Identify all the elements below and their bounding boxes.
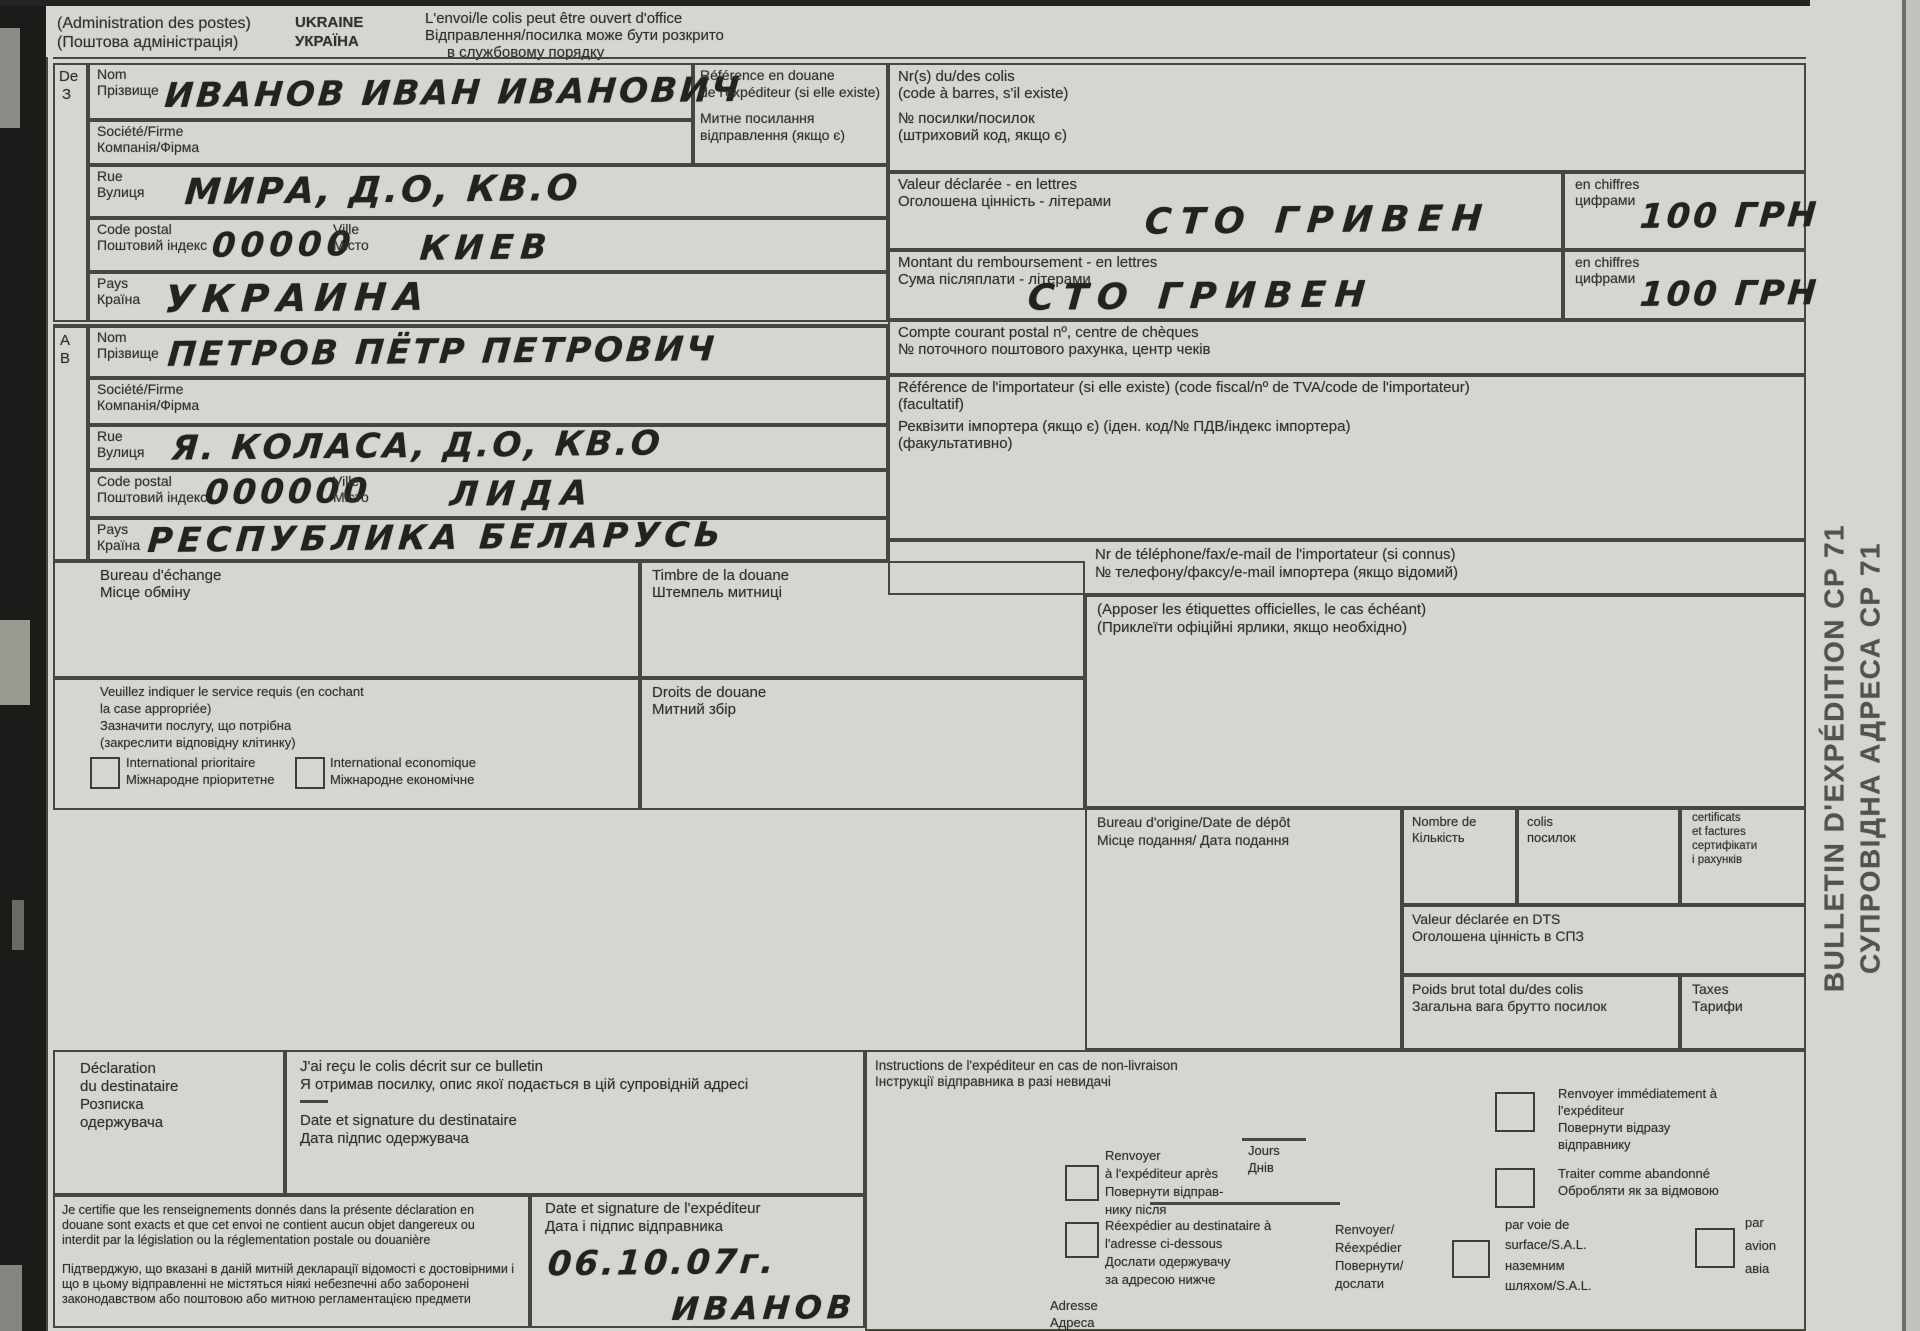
- certificates-line2: et factures: [1692, 826, 1746, 840]
- return-after-line3: Повернути відправ-: [1105, 1184, 1223, 1200]
- checkbox-international-economy[interactable]: [295, 757, 325, 789]
- official-labels-note-fr: (Apposer les étiquettes officielles, le …: [1097, 601, 1426, 619]
- sender-marker-fr: De: [59, 68, 78, 86]
- parcels-label-fr: colis: [1527, 814, 1553, 830]
- checkbox-return-immediately[interactable]: [1495, 1092, 1535, 1132]
- sender-postcode-label-fr: Code postal: [97, 221, 172, 238]
- addressee-company-label-ua: Компанія/Фірма: [97, 397, 199, 414]
- return-redirect-line1: Renvoyer/: [1335, 1222, 1394, 1238]
- customs-ref-line2: de l'expéditeur (si elle existe): [700, 84, 880, 101]
- customs-stamp-label-fr: Timbre de la douane: [652, 567, 789, 585]
- sender-country-value: УКРАИНА: [163, 275, 433, 322]
- addressee-name-label-fr: Nom: [97, 329, 127, 346]
- sender-country-label-ua: Країна: [97, 291, 140, 308]
- international-economy-label-ua: Міжнародне економічне: [330, 772, 474, 788]
- redirect-line4: за адресою нижче: [1105, 1272, 1215, 1288]
- taxes-label-fr: Taxes: [1692, 981, 1729, 998]
- checkbox-surface-sal[interactable]: [1452, 1240, 1490, 1278]
- service-required-line3: Зазначити послугу, що потрібна: [100, 718, 291, 734]
- addressee-country-label-fr: Pays: [97, 521, 128, 538]
- scan-blotch: [12, 900, 24, 950]
- addressee-marker-cell: [53, 326, 88, 561]
- form-title-fr: BULLETIN D'EXPÉDITION CP 71: [1817, 431, 1853, 1086]
- importer-ref-line2: (facultatif): [898, 396, 964, 414]
- service-required-line4: (закреслити відповідну клітинку): [100, 735, 296, 751]
- postal-admin-label-fr: (Administration des postes): [57, 14, 251, 33]
- gross-weight-label-fr: Poids brut total du/des colis: [1412, 981, 1583, 998]
- scan-blotch: [0, 1265, 22, 1331]
- checkbox-redirect-address[interactable]: [1065, 1222, 1099, 1258]
- sender-name-value: ИВАНОВ ИВАН ИВАНОВИЧ: [163, 70, 743, 116]
- cod-figures-label-fr: en chiffres: [1575, 254, 1639, 271]
- sender-city-label-fr: Ville: [333, 221, 359, 238]
- form-title-ua: СУПРОВІДНА АДРЕСА СР 71: [1853, 431, 1889, 1086]
- certification-text-fr: Je certifie que les renseignements donné…: [62, 1203, 514, 1248]
- checkbox-air[interactable]: [1695, 1228, 1735, 1268]
- country-name-fr: UKRAINE: [295, 14, 363, 32]
- postal-account-label-ua: № поточного поштового рахунка, центр чек…: [898, 341, 1211, 359]
- nondelivery-title-fr: Instructions de l'expéditeur en cas de n…: [875, 1058, 1178, 1074]
- customs-ref-line3: Митне посилання: [700, 110, 815, 127]
- declared-value-words: СТО ГРИВЕН: [1143, 198, 1492, 243]
- return-after-line2: à l'expéditeur après: [1105, 1166, 1218, 1182]
- opening-notice-fr: L'envoi/le colis peut être ouvert d'offi…: [425, 10, 682, 28]
- international-economy-label-fr: International economique: [330, 755, 476, 771]
- certificates-line3: сертифікати: [1692, 840, 1757, 854]
- addressee-postcode-label-fr: Code postal: [97, 473, 172, 490]
- certificates-line4: і рахунків: [1692, 854, 1742, 868]
- surface-sal-line3: наземним: [1505, 1258, 1565, 1274]
- importer-ref-line3: Реквізити імпортера (якщо є) (іден. код/…: [898, 418, 1350, 436]
- days-label-fr: Jours: [1248, 1143, 1280, 1159]
- air-line2: avion: [1745, 1238, 1776, 1254]
- return-immediately-line4: відправнику: [1558, 1137, 1631, 1153]
- sender-signature-value: ИВАНОВ: [670, 1288, 857, 1328]
- scan-top-edge: [0, 0, 1810, 6]
- redirect-line1: Réexpédier au destinataire à: [1105, 1218, 1271, 1234]
- parcel-count-label-fr: Nombre de: [1412, 814, 1476, 830]
- parcel-number-line3: № посилки/посилок: [898, 110, 1035, 128]
- cp71-dispatch-note-scan: (Administration des postes) (Поштова адм…: [0, 0, 1920, 1331]
- postal-account-label-fr: Compte courant postal nº, centre de chèq…: [898, 324, 1199, 342]
- form-side-title: BULLETIN D'EXPÉDITION CP 71 СУПРОВІДНА А…: [1817, 431, 1889, 1086]
- cod-words: СТО ГРИВЕН: [1026, 274, 1375, 319]
- certificates-line1: certificats: [1692, 812, 1741, 826]
- parcel-number-line4: (штриховий код, якщо є): [898, 127, 1067, 145]
- sdr-value-label-fr: Valeur déclarée en DTS: [1412, 911, 1560, 928]
- origin-office-label-fr: Bureau d'origine/Date de dépôt: [1097, 814, 1290, 831]
- customs-ref-line1: Référence en douane: [700, 67, 835, 84]
- cod-figures-label-ua: цифрами: [1575, 270, 1635, 287]
- surface-sal-line1: par voie de: [1505, 1217, 1569, 1233]
- sender-date-signature-label-ua: Дата і підпис відправника: [545, 1218, 723, 1236]
- address-label-fr: Adresse: [1050, 1298, 1098, 1314]
- sender-date-signature-label-fr: Date et signature de l'expéditeur: [545, 1200, 761, 1218]
- addressee-marker-ua: B: [60, 350, 70, 368]
- left-rule: [46, 57, 48, 1331]
- exchange-office-label-fr: Bureau d'échange: [100, 567, 221, 585]
- return-redirect-line4: дослати: [1335, 1276, 1384, 1292]
- importer-ref-line1: Référence de l'importateur (si elle exis…: [898, 379, 1470, 397]
- days-entry-line: [1150, 1202, 1340, 1205]
- recipient-declaration-line1: Déclaration: [80, 1060, 156, 1078]
- addressee-city-value: ЛИДА: [448, 473, 597, 515]
- addressee-company-cell: [88, 378, 888, 425]
- importer-contact-label-ua: № телефону/факсу/e-mail імпортера (якщо …: [1095, 564, 1458, 582]
- addressee-company-label-fr: Société/Firme: [97, 381, 183, 398]
- sender-city-label-ua: Місто: [333, 237, 369, 254]
- addressee-name-label-ua: Прізвище: [97, 345, 159, 362]
- customs-duty-label-fr: Droits de douane: [652, 684, 766, 702]
- parcel-number-line1: Nr(s) du/des colis: [898, 68, 1015, 86]
- return-immediately-line3: Повернути відразу: [1558, 1120, 1670, 1136]
- checkbox-return-after-days[interactable]: [1065, 1165, 1099, 1201]
- days-box-top-line: [1242, 1138, 1306, 1141]
- sender-street-label-ua: Вулиця: [97, 184, 144, 201]
- recipient-declaration-line3: Розписка: [80, 1096, 144, 1114]
- certification-text-ua: Підтверджую, що вказані в даній митній д…: [62, 1262, 520, 1307]
- top-rule: [53, 57, 1806, 59]
- cod-figures: 100 ГРН: [1638, 273, 1820, 315]
- declared-value-figures: 100 ГРН: [1638, 195, 1820, 237]
- redirect-line2: l'adresse ci-dessous: [1105, 1236, 1222, 1252]
- figures-label-fr: en chiffres: [1575, 176, 1639, 193]
- parcel-number-line2: (code à barres, s'il existe): [898, 85, 1068, 103]
- addressee-name-value: ПЕТРОВ ПЁТР ПЕТРОВИЧ: [166, 329, 718, 375]
- checkbox-international-priority[interactable]: [90, 757, 120, 789]
- addressee-city-label-ua: Місто: [333, 489, 369, 506]
- recipient-declaration-line4: одержувача: [80, 1114, 163, 1132]
- customs-ref-line4: відправлення (якщо є): [700, 127, 845, 144]
- return-immediately-line1: Renvoyer immédiatement à: [1558, 1086, 1717, 1102]
- redirect-line3: Дослати одержувачу: [1105, 1254, 1230, 1270]
- recipient-declaration-line2: du destinataire: [80, 1078, 178, 1096]
- opening-notice-ua2: в службовому порядку: [447, 44, 604, 62]
- sender-date-value: 06.10.07г.: [546, 1242, 778, 1284]
- surface-sal-line4: шляхом/S.A.L.: [1505, 1278, 1592, 1294]
- declared-value-label-ua: Оголошена цінність - літерами: [898, 193, 1111, 211]
- importer-reference-cell: [888, 375, 1806, 540]
- return-immediately-line2: l'expéditeur: [1558, 1103, 1624, 1119]
- sender-name-label-ua: Прізвище: [97, 82, 159, 99]
- scan-blotch: [0, 28, 20, 128]
- scan-blotch: [0, 620, 30, 705]
- return-redirect-line3: Повернути/: [1335, 1258, 1403, 1274]
- days-label-ua: Днів: [1248, 1160, 1274, 1176]
- sdr-value-label-ua: Оголошена цінність в СПЗ: [1412, 928, 1584, 945]
- sender-street-value: МИРА, Д.О, КВ.О: [183, 168, 582, 213]
- sender-marker-ua: З: [62, 86, 71, 104]
- recipient-date-signature-label-ua: Дата підпис одержувача: [300, 1130, 469, 1148]
- addressee-country-label-ua: Країна: [97, 537, 140, 554]
- addressee-city-label-fr: Ville: [333, 473, 359, 490]
- sender-street-label-fr: Rue: [97, 168, 123, 185]
- country-name-ua: УКРАЇНА: [295, 33, 359, 51]
- recipient-date-signature-label-fr: Date et signature du destinataire: [300, 1112, 517, 1130]
- declared-value-label-fr: Valeur déclarée - en lettres: [898, 176, 1077, 194]
- checkbox-treat-abandoned[interactable]: [1495, 1168, 1535, 1208]
- importer-ref-line4: (факультативно): [898, 435, 1013, 453]
- sender-city-value: КИЕВ: [418, 227, 555, 268]
- parcel-count-label-ua: Кількість: [1412, 830, 1465, 846]
- exchange-office-label-ua: Місце обміну: [100, 584, 190, 602]
- sender-name-label-fr: Nom: [97, 66, 127, 83]
- cod-label-fr: Montant du remboursement - en lettres: [898, 254, 1157, 272]
- service-required-line1: Veuillez indiquer le service requis (en …: [100, 684, 364, 700]
- figures-label-ua: цифрами: [1575, 192, 1635, 209]
- service-required-line2: la case appropriée): [100, 701, 211, 717]
- gross-weight-label-ua: Загальна вага брутто посилок: [1412, 998, 1607, 1015]
- receipt-statement-ua: Я отримав посилку, опис якої подається в…: [300, 1076, 748, 1094]
- addressee-postcode-label-ua: Поштовий індекс: [97, 489, 207, 506]
- customs-duty-label-ua: Митний збір: [652, 701, 736, 719]
- sender-company-label-ua: Компанія/Фірма: [97, 139, 199, 156]
- international-priority-label-ua: Міжнародне пріоритетне: [126, 772, 274, 788]
- addressee-country-value: РЕСПУБЛИКА БЕЛАРУСЬ: [146, 515, 727, 561]
- official-labels-note-ua: (Приклеїти офіційні ярлики, якщо необхід…: [1097, 619, 1407, 637]
- return-after-line1: Renvoyer: [1105, 1148, 1161, 1164]
- taxes-label-ua: Тарифи: [1692, 998, 1743, 1015]
- customs-stamp-label-ua: Штемпель митниці: [652, 584, 782, 602]
- return-redirect-line2: Réexpédier: [1335, 1240, 1402, 1256]
- air-line1: par: [1745, 1215, 1764, 1231]
- origin-office-label-ua: Місце подання/ Дата подання: [1097, 832, 1289, 849]
- addressee-marker-fr: A: [60, 332, 70, 350]
- parcels-label-ua: посилок: [1527, 830, 1576, 846]
- treat-abandoned-line1: Traiter comme abandonné: [1558, 1166, 1710, 1182]
- postal-admin-label-ua: (Поштова адміністрація): [57, 33, 238, 52]
- opening-notice-ua1: Відправлення/посилка може бути розкрито: [425, 27, 724, 45]
- receipt-dash: [300, 1100, 328, 1103]
- sender-postcode-label-ua: Поштовий індекс: [97, 237, 207, 254]
- international-priority-label-fr: International prioritaire: [126, 755, 255, 771]
- receipt-statement-fr: J'ai reçu le colis décrit sur ce bulleti…: [300, 1058, 543, 1076]
- nondelivery-title-ua: Інструкції відправника в разі невидачі: [875, 1074, 1111, 1090]
- sender-company-label-fr: Société/Firme: [97, 123, 183, 140]
- addressee-street-label-fr: Rue: [97, 428, 123, 445]
- importer-contact-label-fr: Nr de téléphone/fax/e-mail de l'importat…: [1095, 546, 1456, 564]
- scan-right-margin: [1906, 0, 1920, 1331]
- sender-country-label-fr: Pays: [97, 275, 128, 292]
- addressee-street-value: Я. КОЛАСА, Д.О, КВ.О: [170, 423, 664, 468]
- address-label-ua: Адреса: [1050, 1315, 1094, 1331]
- treat-abandoned-line2: Обробляти як за відмовою: [1558, 1183, 1719, 1199]
- surface-sal-line2: surface/S.A.L.: [1505, 1237, 1587, 1253]
- air-line3: авіа: [1745, 1261, 1769, 1277]
- addressee-street-label-ua: Вулиця: [97, 444, 144, 461]
